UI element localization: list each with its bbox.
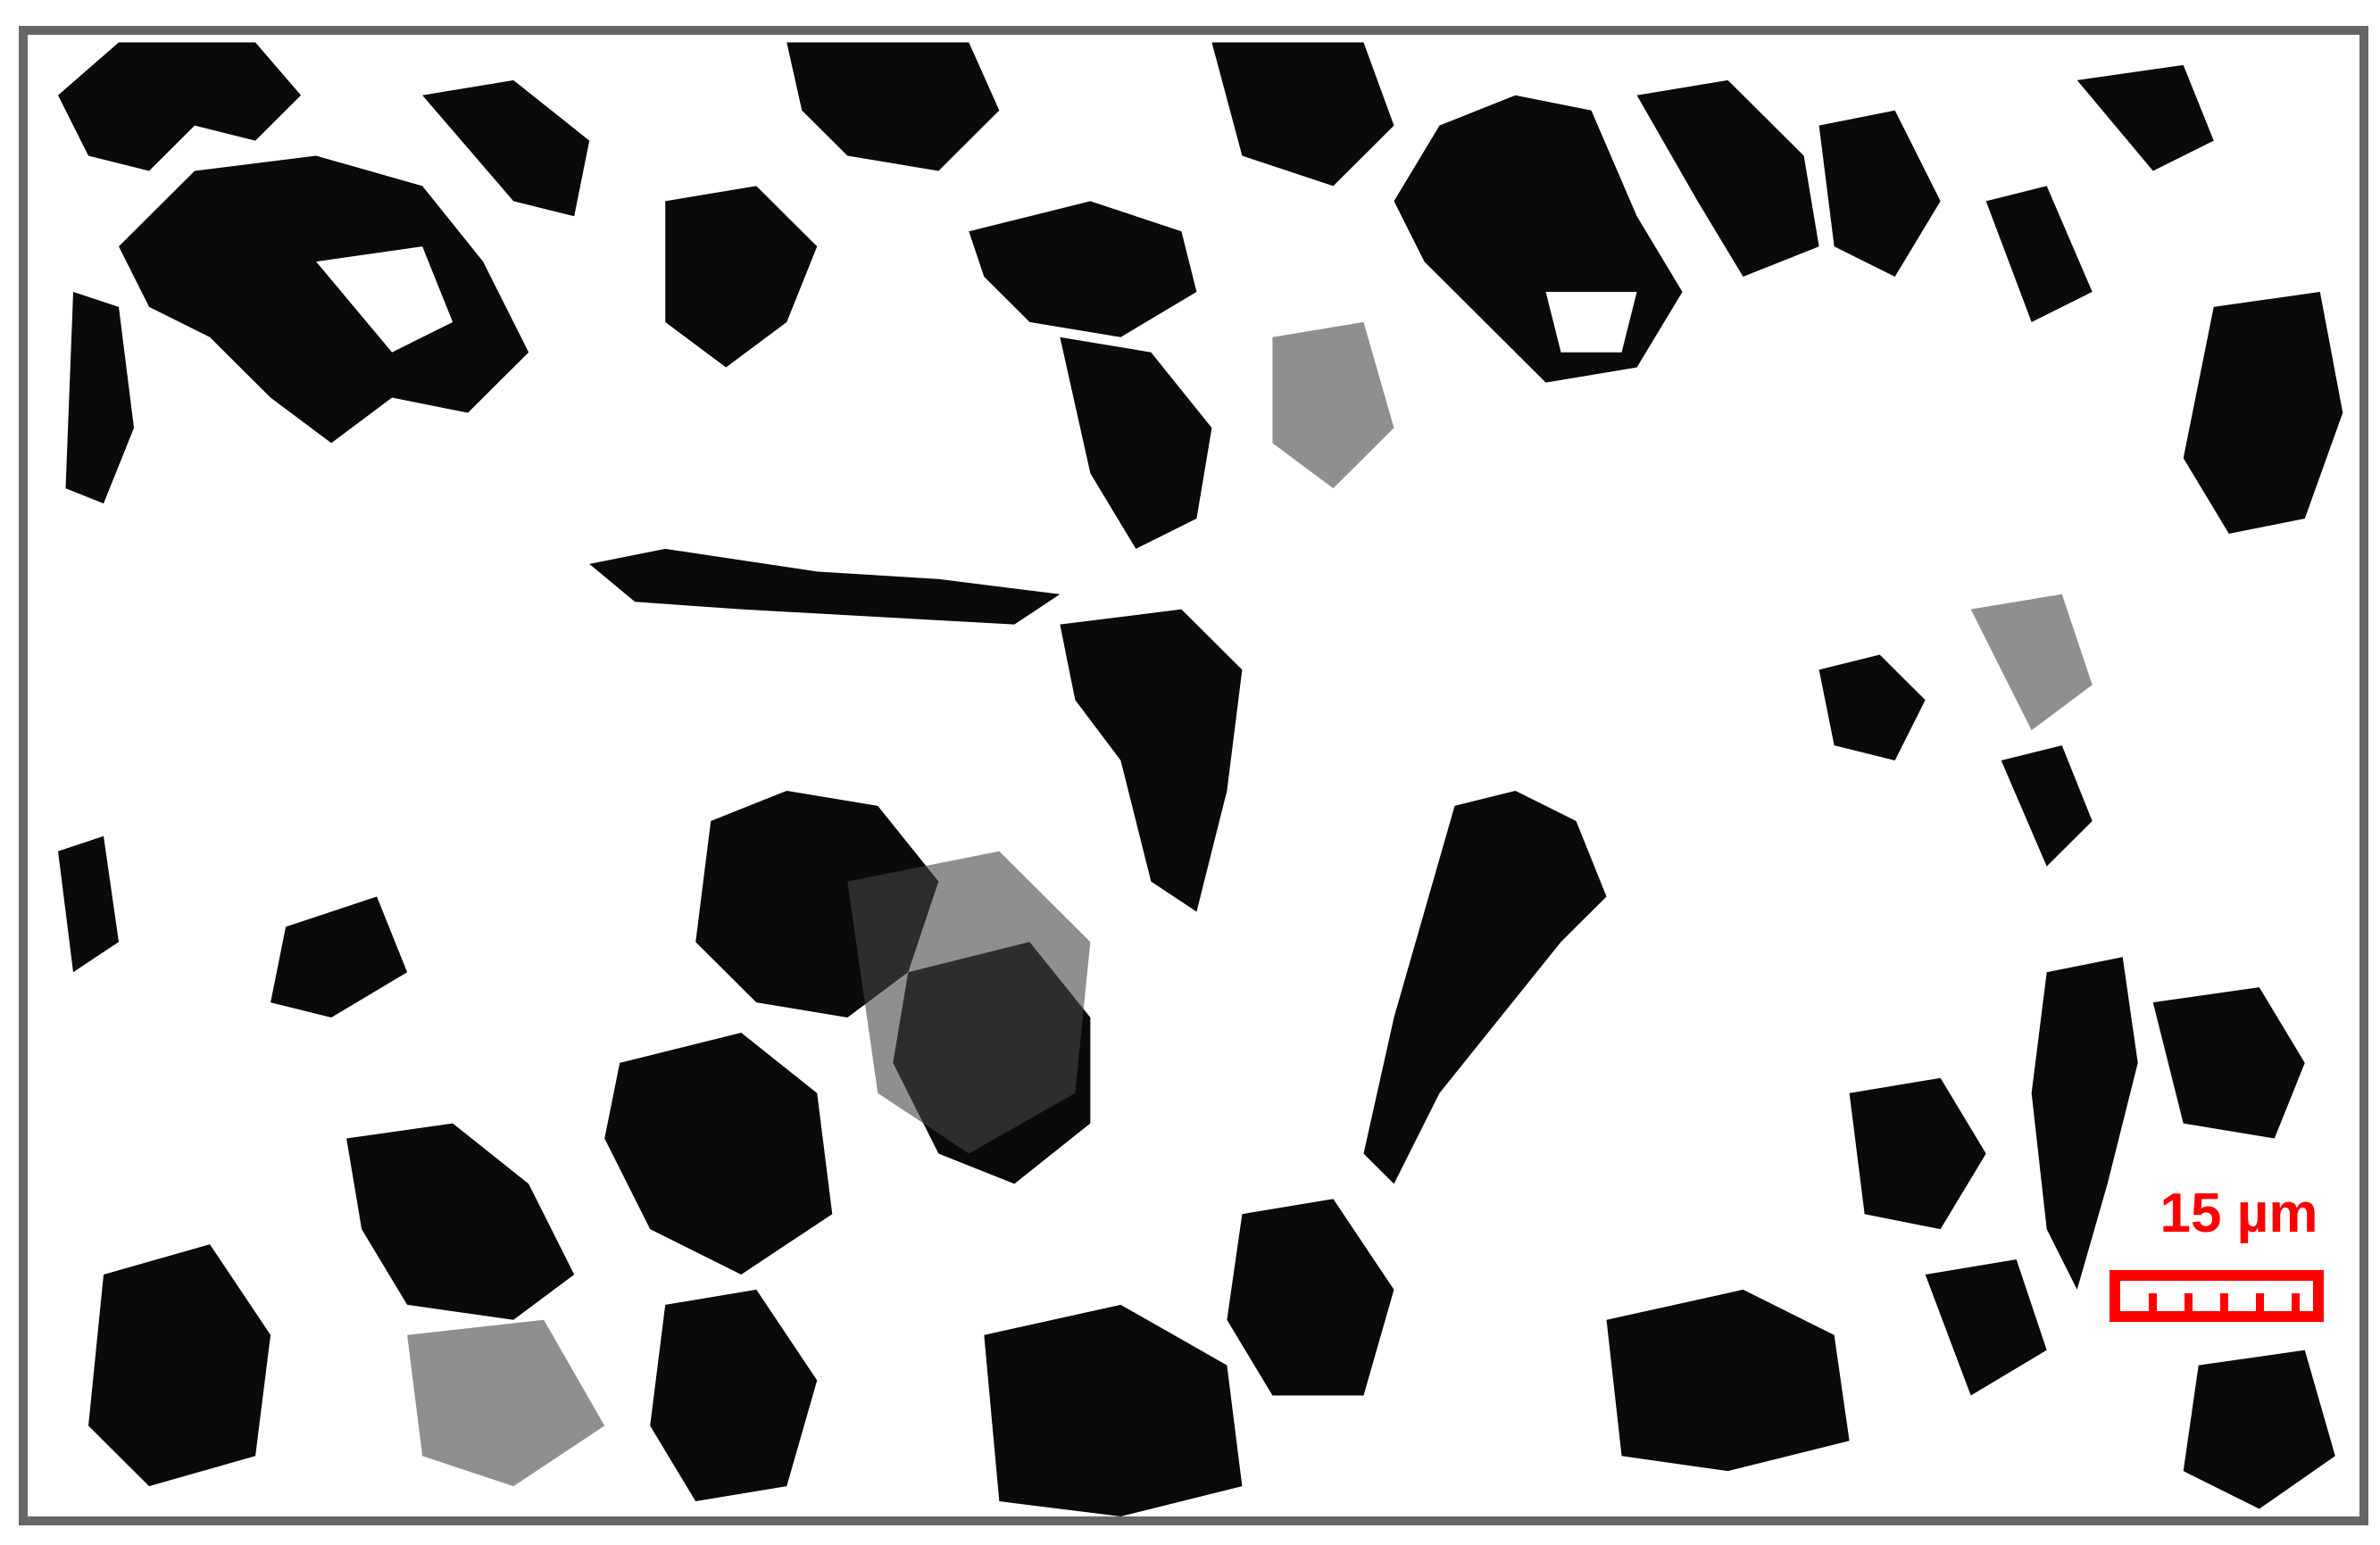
scale-bar: [2110, 1270, 2324, 1322]
scale-bar-tick: [2292, 1293, 2300, 1311]
scale-bar-tick: [2220, 1293, 2228, 1311]
micrograph-frame: 15 µm: [19, 26, 2368, 1525]
scale-bar-tick: [2256, 1293, 2264, 1311]
scale-bar-tick: [2184, 1293, 2193, 1311]
scale-bar-label: 15 µm: [2136, 1186, 2342, 1242]
scale-bar-tick: [2149, 1293, 2157, 1311]
micrograph-image: [28, 35, 2359, 1516]
